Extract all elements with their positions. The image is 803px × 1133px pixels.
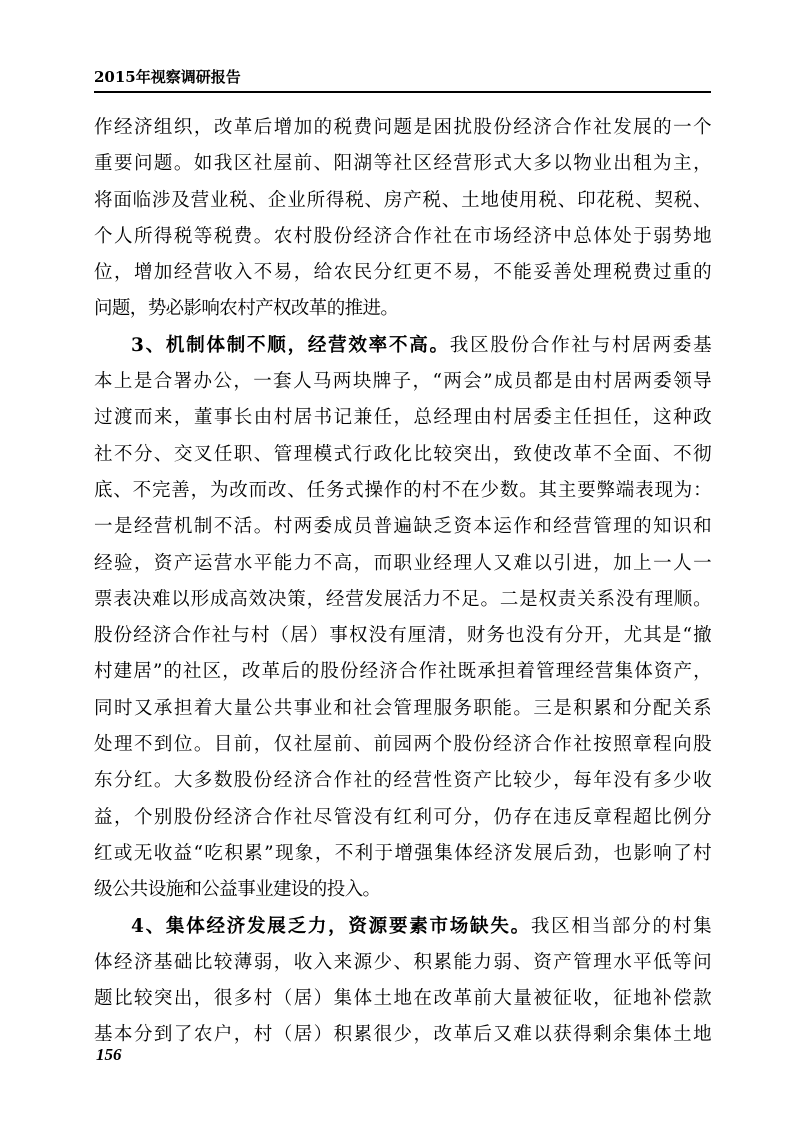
text-line: 底、不完善，为改而改、任务式操作的村不在少数。其主要弊端表现为： xyxy=(94,473,711,509)
text-line: 体经济基础比较薄弱，收入来源少、积累能力弱、资产管理水平低等问 xyxy=(94,945,711,981)
running-header-title: 2015年视察调研报告 xyxy=(94,66,711,88)
section-heading-line: 3、机制体制不顺，经营效率不高。我区股份合作社与村居两委基 xyxy=(94,328,711,364)
body-text: 作经济组织，改革后增加的税费问题是困扰股份经济合作社发展的一个 重要问题。如我区… xyxy=(94,110,711,1054)
text-line: 位，增加经营收入不易，给农民分红更不易，不能妥善处理税费过重的 xyxy=(94,255,711,291)
page-number: 156 xyxy=(96,1045,122,1065)
text-line: 东分红。大多数股份经济合作社的经营性资产比较少，每年没有多少收 xyxy=(94,763,711,799)
header-rule xyxy=(94,91,711,93)
text-line: 票表决难以形成高效决策，经营发展活力不足。二是权责关系没有理顺。 xyxy=(94,582,711,618)
section-heading-line: 4、集体经济发展乏力，资源要素市场缺失。我区相当部分的村集 xyxy=(94,909,711,945)
text-line: 村建居”的社区，改革后的股份经济合作社既承担着管理经营集体资产， xyxy=(94,654,711,690)
text-span: 我区相当部分的村集 xyxy=(531,916,711,937)
text-line: 社不分、交叉任职、管理模式行政化比较突出，致使改革不全面、不彻 xyxy=(94,437,711,473)
text-line: 红或无收益“吃积累”现象，不利于增强集体经济发展后劲，也影响了村 xyxy=(94,836,711,872)
text-line: 将面临涉及营业税、企业所得税、房产税、土地使用税、印花税、契税、 xyxy=(94,183,711,219)
text-line: 过渡而来，董事长由村居书记兼任，总经理由村居委主任担任，这种政 xyxy=(94,400,711,436)
section-heading-3: 3、机制体制不顺，经营效率不高。 xyxy=(131,335,450,356)
text-line: 问题，势必影响农村产权改革的推进。 xyxy=(94,291,711,327)
text-line: 经验，资产运营水平能力不高，而职业经理人又难以引进，加上一人一 xyxy=(94,546,711,582)
section-heading-4: 4、集体经济发展乏力，资源要素市场缺失。 xyxy=(131,916,531,937)
text-line: 作经济组织，改革后增加的税费问题是困扰股份经济合作社发展的一个 xyxy=(94,110,711,146)
text-line: 股份经济合作社与村（居）事权没有厘清，财务也没有分开，尤其是“撤 xyxy=(94,618,711,654)
text-line: 同时又承担着大量公共事业和社会管理服务职能。三是积累和分配关系 xyxy=(94,691,711,727)
text-span: 我区股份合作社与村居两委基 xyxy=(450,335,711,356)
text-line: 本上是合署办公，一套人马两块牌子，“两会”成员都是由村居两委领导 xyxy=(94,364,711,400)
text-line: 个人所得税等税费。农村股份经济合作社在市场经济中总体处于弱势地 xyxy=(94,219,711,255)
text-line: 级公共设施和公益事业建设的投入。 xyxy=(94,872,711,908)
text-line: 题比较突出，很多村（居）集体土地在改革前大量被征收，征地补偿款 xyxy=(94,981,711,1017)
text-line: 基本分到了农户，村（居）积累很少，改革后又难以获得剩余集体土地 xyxy=(94,1017,711,1053)
text-line: 益，个别股份经济合作社尽管没有红利可分，仍存在违反章程超比例分 xyxy=(94,800,711,836)
text-line: 一是经营机制不活。村两委成员普遍缺乏资本运作和经营管理的知识和 xyxy=(94,509,711,545)
text-line: 处理不到位。目前，仅社屋前、前园两个股份经济合作社按照章程向股 xyxy=(94,727,711,763)
text-line: 重要问题。如我区社屋前、阳湖等社区经营形式大多以物业出租为主， xyxy=(94,146,711,182)
